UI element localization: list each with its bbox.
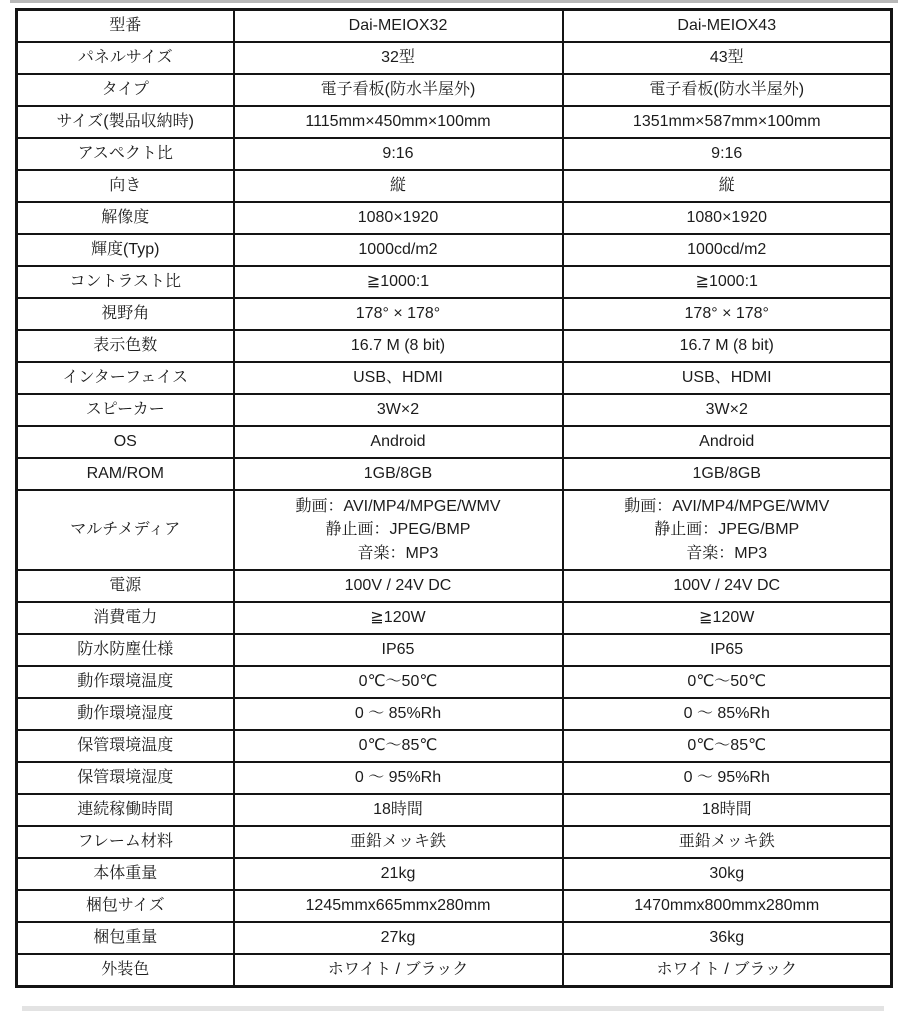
row-value: 亜鉛メッキ鉄 [563,826,892,858]
row-value: 電子看板(防水半屋外) [563,74,892,106]
table-row: サイズ(製品収納時)1115mm×450mm×100mm1351mm×587mm… [17,106,892,138]
table-row: RAM/ROM1GB/8GB1GB/8GB [17,458,892,490]
row-value: 1GB/8GB [563,458,892,490]
row-value: ≧120W [234,602,563,634]
table-row: コントラスト比≧1000:1≧1000:1 [17,266,892,298]
row-label: 本体重量 [17,858,234,890]
table-row: 向き縦縦 [17,170,892,202]
row-value: ≧1000:1 [563,266,892,298]
row-label: 視野角 [17,298,234,330]
row-value: 18時間 [234,794,563,826]
row-label: 外装色 [17,954,234,987]
row-value: 0 ～ 85%Rh [234,698,563,730]
row-label: 保管環境湿度 [17,762,234,794]
row-label: 梱包サイズ [17,890,234,922]
top-shadow-line [10,0,898,3]
row-value: 32型 [234,42,563,74]
row-value: 9:16 [234,138,563,170]
row-value: 縦 [563,170,892,202]
table-row: マルチメディア動画：AVI/MP4/MPGE/WMV 静止画：JPEG/BMP … [17,490,892,570]
row-value: 0℃～50℃ [563,666,892,698]
row-value: 100V / 24V DC [234,570,563,602]
row-value: 43型 [563,42,892,74]
table-row: 輝度(Typ)1000cd/m21000cd/m2 [17,234,892,266]
row-value: 1080×1920 [563,202,892,234]
row-value: Dai-MEIOX43 [563,10,892,43]
row-value: 0℃～50℃ [234,666,563,698]
table-row: 電源100V / 24V DC100V / 24V DC [17,570,892,602]
row-value: 1470mmx800mmx280mm [563,890,892,922]
row-value: 16.7 M (8 bit) [563,330,892,362]
row-value: ≧120W [563,602,892,634]
table-row: 動作環境温度0℃～50℃0℃～50℃ [17,666,892,698]
row-value: Dai-MEIOX32 [234,10,563,43]
row-label: 消費電力 [17,602,234,634]
row-value: 178° × 178° [563,298,892,330]
row-label: 表示色数 [17,330,234,362]
table-row: インターフェイスUSB、HDMIUSB、HDMI [17,362,892,394]
row-label: パネルサイズ [17,42,234,74]
table-row: 外装色ホワイト / ブラックホワイト / ブラック [17,954,892,987]
row-value: 18時間 [563,794,892,826]
row-value: 0 ～ 95%Rh [234,762,563,794]
row-value: 27kg [234,922,563,954]
row-value: 21kg [234,858,563,890]
row-value: 1000cd/m2 [563,234,892,266]
row-value: USB、HDMI [234,362,563,394]
row-label: 輝度(Typ) [17,234,234,266]
table-row: OSAndroidAndroid [17,426,892,458]
row-value: Android [234,426,563,458]
row-label: 電源 [17,570,234,602]
row-value: Android [563,426,892,458]
row-label: タイプ [17,74,234,106]
row-label: アスペクト比 [17,138,234,170]
row-label: サイズ(製品収納時) [17,106,234,138]
row-label: 向き [17,170,234,202]
row-value: 縦 [234,170,563,202]
row-value: 亜鉛メッキ鉄 [234,826,563,858]
row-value: 3W×2 [234,394,563,426]
row-label: 連続稼働時間 [17,794,234,826]
table-row: スピーカー3W×23W×2 [17,394,892,426]
table-row: パネルサイズ32型43型 [17,42,892,74]
row-value: 1351mm×587mm×100mm [563,106,892,138]
row-value: 100V / 24V DC [563,570,892,602]
row-label: 動作環境湿度 [17,698,234,730]
table-row: 保管環境湿度0 ～ 95%Rh0 ～ 95%Rh [17,762,892,794]
table-row: タイプ電子看板(防水半屋外)電子看板(防水半屋外) [17,74,892,106]
row-value: 1000cd/m2 [234,234,563,266]
table-row: 型番Dai-MEIOX32Dai-MEIOX43 [17,10,892,43]
row-value: 0 ～ 85%Rh [563,698,892,730]
row-value: 0℃～85℃ [234,730,563,762]
row-value: 1080×1920 [234,202,563,234]
row-label: 保管環境温度 [17,730,234,762]
row-value: 3W×2 [563,394,892,426]
bottom-shadow-line [22,1006,884,1011]
spec-sheet-page: 型番Dai-MEIOX32Dai-MEIOX43 パネルサイズ32型43型 タイ… [0,0,905,1024]
table-row: 視野角178° × 178°178° × 178° [17,298,892,330]
row-value: 0℃～85℃ [563,730,892,762]
table-row: 動作環境湿度0 ～ 85%Rh0 ～ 85%Rh [17,698,892,730]
row-value: 36kg [563,922,892,954]
row-value: ≧1000:1 [234,266,563,298]
row-label: 解像度 [17,202,234,234]
row-value: ホワイト / ブラック [563,954,892,987]
row-label: OS [17,426,234,458]
row-label: インターフェイス [17,362,234,394]
row-label: 動作環境温度 [17,666,234,698]
table-row: 梱包サイズ1245mmx665mmx280mm1470mmx800mmx280m… [17,890,892,922]
row-label: マルチメディア [17,490,234,570]
spec-table: 型番Dai-MEIOX32Dai-MEIOX43 パネルサイズ32型43型 タイ… [15,8,893,988]
table-row: 連続稼働時間18時間18時間 [17,794,892,826]
table-row: 消費電力≧120W≧120W [17,602,892,634]
row-value: IP65 [563,634,892,666]
row-label: 梱包重量 [17,922,234,954]
row-value: 9:16 [563,138,892,170]
table-row: 防水防塵仕様IP65IP65 [17,634,892,666]
row-value: 30kg [563,858,892,890]
table-row: 表示色数16.7 M (8 bit)16.7 M (8 bit) [17,330,892,362]
row-value: 動画：AVI/MP4/MPGE/WMV 静止画：JPEG/BMP 音楽：MP3 [563,490,892,570]
row-label: RAM/ROM [17,458,234,490]
row-label: スピーカー [17,394,234,426]
row-label: コントラスト比 [17,266,234,298]
row-value: 電子看板(防水半屋外) [234,74,563,106]
row-value: 16.7 M (8 bit) [234,330,563,362]
row-value: 1115mm×450mm×100mm [234,106,563,138]
table-row: 解像度1080×19201080×1920 [17,202,892,234]
row-value: ホワイト / ブラック [234,954,563,987]
row-value: 1GB/8GB [234,458,563,490]
row-label: 型番 [17,10,234,43]
table-row: 本体重量21kg30kg [17,858,892,890]
table-row: フレーム材料亜鉛メッキ鉄亜鉛メッキ鉄 [17,826,892,858]
row-value: 178° × 178° [234,298,563,330]
row-label: フレーム材料 [17,826,234,858]
table-row: 梱包重量27kg36kg [17,922,892,954]
row-value: 動画：AVI/MP4/MPGE/WMV 静止画：JPEG/BMP 音楽：MP3 [234,490,563,570]
table-row: 保管環境温度0℃～85℃0℃～85℃ [17,730,892,762]
row-label: 防水防塵仕様 [17,634,234,666]
row-value: IP65 [234,634,563,666]
row-value: 1245mmx665mmx280mm [234,890,563,922]
table-row: アスペクト比9:169:16 [17,138,892,170]
row-value: USB、HDMI [563,362,892,394]
row-value: 0 ～ 95%Rh [563,762,892,794]
